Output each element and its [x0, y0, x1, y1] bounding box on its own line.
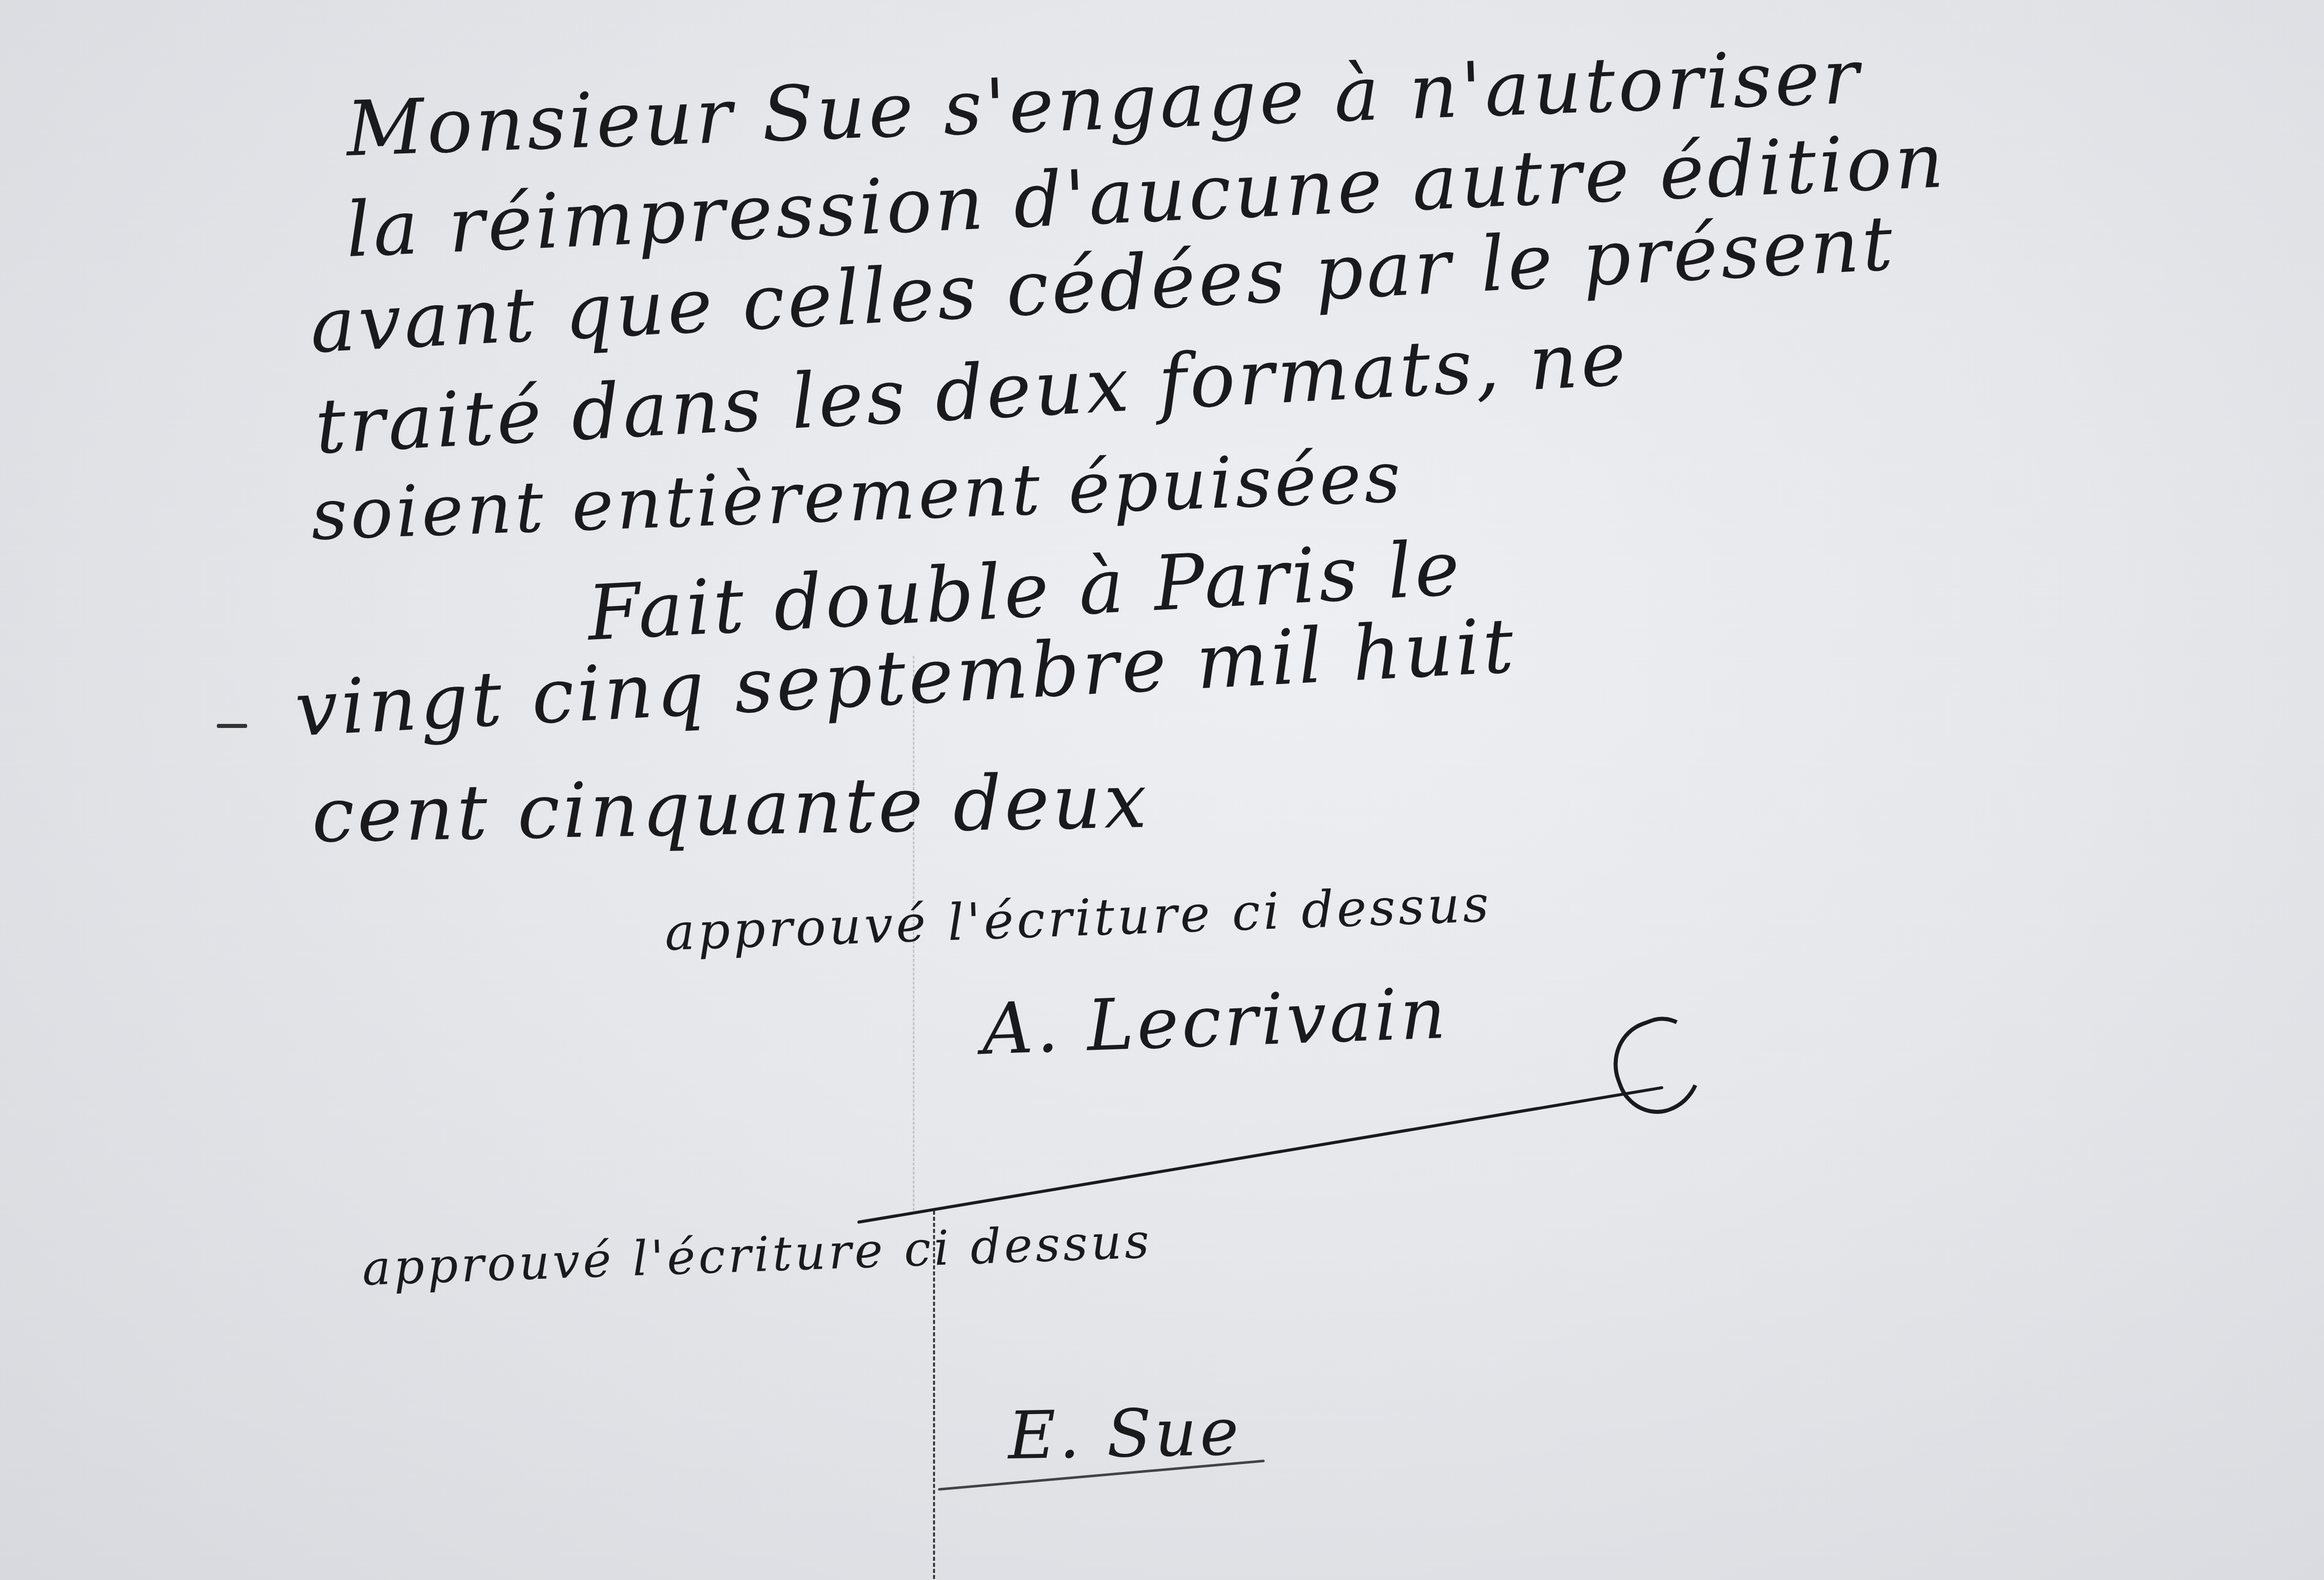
signature-1: A. Lecrivain — [980, 973, 1450, 1071]
date-line-year: cent cinquante deux — [311, 757, 1150, 860]
fold-dashed-line — [933, 1211, 935, 1579]
margin-dash — [217, 724, 247, 728]
signature-2: E. Sue — [1007, 1393, 1242, 1474]
